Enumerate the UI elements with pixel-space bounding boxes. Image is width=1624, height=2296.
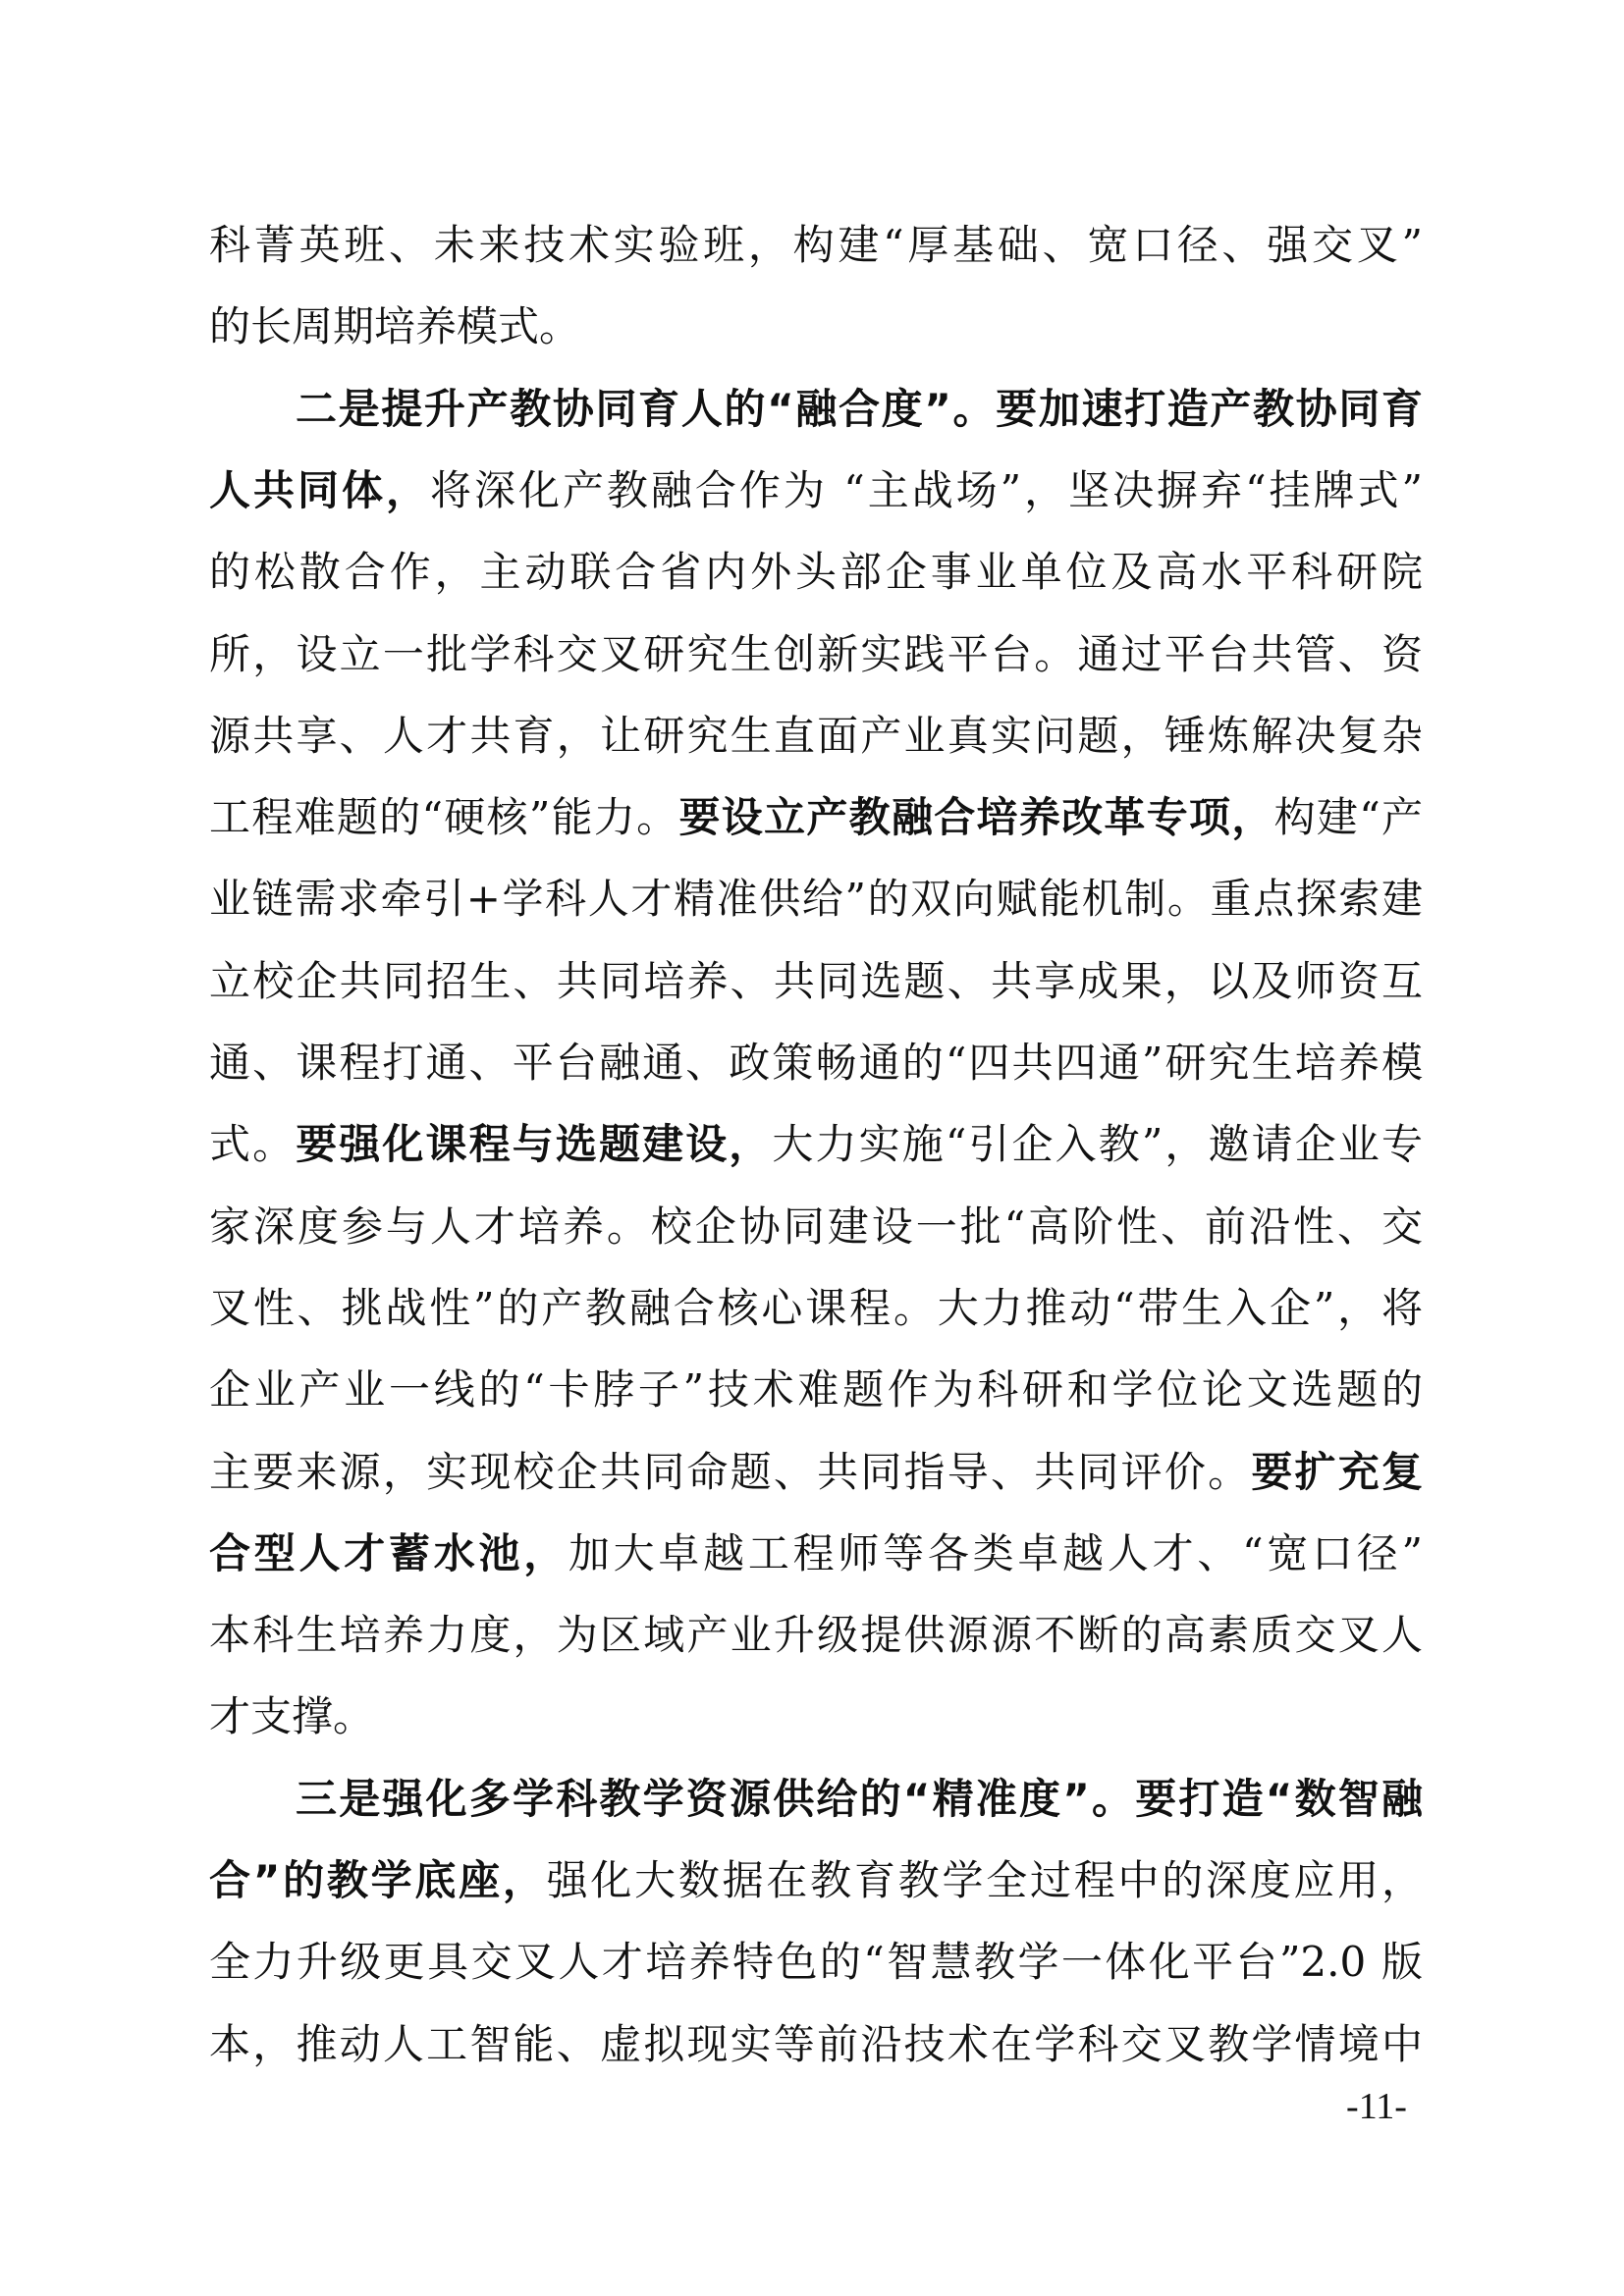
bold-heading-text: 要设立产教融合培养改革专项， [678, 793, 1273, 841]
text-line: 科菁英班、未来技术实验班，构建“厚基础、宽口径、强交叉” [209, 216, 1423, 275]
body-text-segment: 所，设立一批学科交叉研究生创新实践平台。通过平台共管、资 [209, 630, 1423, 678]
text-line: 通、课程打通、平台融通、政策畅通的“四共四通”研究生培养模 [209, 1034, 1423, 1093]
paragraph-first-line: 二是提升产教协同育人的“融合度”。要加速打造产教协同育 [296, 380, 1423, 439]
bold-heading-text: 三是强化多学科教学资源供给的“精准度”。要打造“数智融 [296, 1775, 1423, 1823]
text-line: 立校企共同招生、共同培养、共同选题、共享成果，以及师资互 [209, 952, 1423, 1011]
bold-heading-text: 合”的教学底座， [209, 1856, 547, 1904]
body-text-segment: 强化大数据在教育教学全过程中的深度应用， [547, 1856, 1423, 1904]
text-line: 合”的教学底座，强化大数据在教育教学全过程中的深度应用， [209, 1851, 1423, 1910]
bold-heading-text: 合型人才蓄水池， [209, 1529, 568, 1577]
body-text-segment: 大力实施“引企入教”，邀请企业专 [772, 1120, 1423, 1168]
body-text-segment: 企业产业一线的“卡脖子”技术难题作为科研和学位论文选题的 [209, 1365, 1423, 1414]
body-text-segment: 加大卓越工程师等各类卓越人才、“宽口径” [568, 1529, 1423, 1577]
body-text-segment: 的长周期培养模式。 [209, 302, 580, 350]
text-line: 主要来源，实现校企共同命题、共同指导、共同评价。要扩充复 [209, 1443, 1423, 1502]
text-line: 源共享、人才共育，让研究生直面产业真实问题，锤炼解决复杂 [209, 707, 1423, 766]
text-line: 叉性、挑战性”的产教融合核心课程。大力推动“带生入企”，将 [209, 1279, 1423, 1338]
body-text-segment: 本科生培养力度，为区域产业升级提供源源不断的高素质交叉人 [209, 1611, 1423, 1659]
text-line: 所，设立一批学科交叉研究生创新实践平台。通过平台共管、资 [209, 625, 1423, 684]
body-text-segment: 通、课程打通、平台融通、政策畅通的“四共四通”研究生培养模 [209, 1039, 1423, 1087]
text-line: 企业产业一线的“卡脖子”技术难题作为科研和学位论文选题的 [209, 1361, 1423, 1419]
body-text-segment: 家深度参与人才培养。校企协同建设一批“高阶性、前沿性、交 [209, 1202, 1423, 1251]
body-text-segment: 工程难题的“硬核”能力。 [209, 793, 678, 841]
body-text-segment: 叉性、挑战性”的产教融合核心课程。大力推动“带生入企”，将 [209, 1284, 1423, 1332]
bold-heading-text: 二是提升产教协同育人的“融合度”。要加速打造产教协同育 [296, 385, 1423, 433]
body-text-segment: 全力升级更具交叉人才培养特色的“智慧教学一体化平台”2.0 版 [209, 1938, 1423, 1986]
text-line: 合型人才蓄水池，加大卓越工程师等各类卓越人才、“宽口径” [209, 1524, 1423, 1583]
body-text-segment: 的松散合作，主动联合省内外头部企事业单位及高水平科研院 [209, 548, 1423, 596]
text-line: 家深度参与人才培养。校企协同建设一批“高阶性、前沿性、交 [209, 1198, 1423, 1256]
body-text-segment: 立校企共同招生、共同培养、共同选题、共享成果，以及师资互 [209, 957, 1423, 1005]
text-line: 本，推动人工智能、虚拟现实等前沿技术在学科交叉教学情境中 [209, 2015, 1423, 2074]
bold-heading-text: 人共同体， [209, 466, 430, 514]
paragraph-first-line: 三是强化多学科教学资源供给的“精准度”。要打造“数智融 [296, 1770, 1423, 1829]
bold-heading-text: 要强化课程与选题建设， [296, 1120, 772, 1168]
text-line: 工程难题的“硬核”能力。要设立产教融合培养改革专项，构建“产 [209, 788, 1423, 847]
text-line: 全力升级更具交叉人才培养特色的“智慧教学一体化平台”2.0 版 [209, 1933, 1423, 1992]
text-line: 人共同体，将深化产教融合作为 “主战场”，坚决摒弃“挂牌式” [209, 461, 1423, 520]
body-text-segment: 本，推动人工智能、虚拟现实等前沿技术在学科交叉教学情境中 [209, 2020, 1423, 2068]
body-text-segment: 将深化产教融合作为 “主战场”，坚决摒弃“挂牌式” [430, 466, 1423, 514]
body-text-segment: 式。 [209, 1120, 296, 1168]
body-text-segment: 源共享、人才共育，让研究生直面产业真实问题，锤炼解决复杂 [209, 712, 1423, 760]
text-line: 业链需求牵引+学科人才精准供给”的双向赋能机制。重点探索建 [209, 870, 1423, 929]
body-text-segment: 科菁英班、未来技术实验班，构建“厚基础、宽口径、强交叉” [209, 221, 1423, 269]
body-text-segment: 构建“产 [1274, 793, 1423, 841]
text-line: 才支撑。 [209, 1687, 1423, 1746]
body-text-segment: 业链需求牵引+学科人才精准供给”的双向赋能机制。重点探索建 [209, 875, 1423, 923]
bold-heading-text: 要扩充复 [1251, 1448, 1423, 1496]
text-line: 式。要强化课程与选题建设，大力实施“引企入教”，邀请企业专 [209, 1115, 1423, 1174]
document-page: 科菁英班、未来技术实验班，构建“厚基础、宽口径、强交叉”的长周期培养模式。二是提… [0, 0, 1624, 2296]
body-text-segment: 主要来源，实现校企共同命题、共同指导、共同评价。 [209, 1448, 1251, 1496]
text-line: 本科生培养力度，为区域产业升级提供源源不断的高素质交叉人 [209, 1606, 1423, 1665]
body-text-segment: 才支撑。 [209, 1692, 374, 1740]
text-line: 的松散合作，主动联合省内外头部企事业单位及高水平科研院 [209, 543, 1423, 602]
page-number: -11- [1335, 2083, 1418, 2130]
text-line: 的长周期培养模式。 [209, 297, 1423, 356]
